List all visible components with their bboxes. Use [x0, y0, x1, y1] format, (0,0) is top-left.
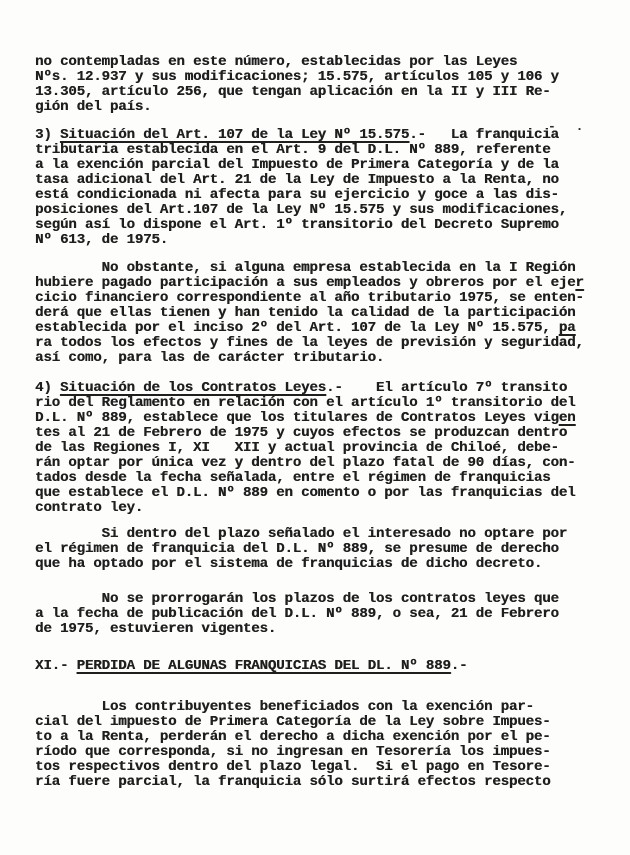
text-line: ría fuere parcial, la franquicia sólo su… — [35, 775, 630, 790]
text-segment: derá que ellas tienen y han tenido la ca… — [35, 305, 575, 321]
text-line: gión del país. — [35, 100, 630, 115]
text-segment: Nº 613, de 1975. — [35, 232, 168, 248]
text-line: cial del impuesto de Primera Categoría d… — [35, 715, 630, 730]
text-segment: Los contribuyentes beneficiados con la e… — [35, 699, 534, 715]
text-line: 3) Situación del Art. 107 de la Ley Nº 1… — [35, 128, 630, 143]
underlined-text-segment: Situación del Art. 107 de la Ley Nº 15.5… — [60, 127, 409, 143]
text-segment: 4) — [35, 380, 60, 396]
text-segment: D.L. Nº 889, establece que los titulares… — [35, 410, 559, 426]
underlined-text-segment: en — [559, 410, 576, 426]
underlined-text-segment: PERDIDA DE ALGUNAS FRANQUICIAS DEL DL. N… — [77, 658, 451, 674]
no-obstante-paragraph: No obstante, si alguna empresa estableci… — [35, 261, 630, 366]
text-line: posiciones del Art.107 de la Ley Nº 15.5… — [35, 203, 630, 218]
text-line: está condicionada ni afecta para su ejer… — [35, 188, 630, 203]
text-segment: establecida por el inciso 2º del Art. 10… — [35, 320, 559, 336]
text-segment: XI.- — [35, 658, 77, 674]
text-line: Si dentro del plazo señalado el interesa… — [35, 527, 630, 542]
text-line: ríodo que corresponda, si no ingresan en… — [35, 745, 630, 760]
text-line: rán optar por única vez y dentro del pla… — [35, 456, 630, 471]
text-segment: tes al 21 de Febrero de 1975 y cuyos efe… — [35, 425, 567, 441]
text-segment: a la fecha de publicación del D.L. Nº 88… — [35, 606, 559, 622]
text-segment: de 1975, estuvieren vigentes. — [35, 621, 276, 637]
plazo-senalado-paragraph: Si dentro del plazo señalado el interesa… — [35, 527, 630, 572]
text-line: a la fecha de publicación del D.L. Nº 88… — [35, 607, 630, 622]
prorroga-paragraph: No se prorrogarán los plazos de los cont… — [35, 592, 630, 637]
text-segment: ría fuere parcial, la franquicia sólo su… — [35, 774, 550, 790]
perdida-franquicias-heading: XI.- PERDIDA DE ALGUNAS FRANQUICIAS DEL … — [35, 659, 630, 674]
text-line: hubiere pagado participación a sus emple… — [35, 276, 630, 291]
text-segment: Si dentro del plazo señalado el interesa… — [35, 526, 567, 542]
text-segment: 3) — [35, 127, 60, 143]
situacion-art-107-paragraph: 3) Situación del Art. 107 de la Ley Nº 1… — [35, 128, 630, 248]
text-line: el régimen de franquicia del D.L. Nº 889… — [35, 542, 630, 557]
text-line: según así lo dispone el Art. 1º transito… — [35, 218, 630, 233]
text-line: Nºs. 12.937 y sus modificaciones; 15.575… — [35, 70, 630, 85]
text-segment: 13.305, artículo 256, que tengan aplicac… — [35, 84, 550, 100]
text-segment: rio del Reglamento en relación con el ar… — [35, 395, 575, 411]
text-line: 4) Situación de los Contratos Leyes.- El… — [35, 381, 630, 396]
text-line: tos respectivos dentro del plazo legal. … — [35, 760, 630, 775]
text-segment: hubiere pagado participación a sus emple… — [35, 275, 575, 291]
text-line: contrato ley. — [35, 501, 630, 516]
text-line: tados desde la fecha señalada, entre el … — [35, 471, 630, 486]
text-segment: que establece el D.L. Nº 889 en comento … — [35, 485, 575, 501]
text-segment: Nºs. 12.937 y sus modificaciones; 15.575… — [35, 69, 559, 85]
text-segment: .- El artículo 7º transito — [326, 380, 567, 396]
text-segment: No se prorrogarán los plazos de los cont… — [35, 591, 559, 607]
text-line: no contempladas en este número, establec… — [35, 55, 630, 70]
text-segment: cicio financiero correspondiente al año … — [35, 290, 584, 306]
text-segment: de las Regiones I, XI XII y actual provi… — [35, 440, 559, 456]
text-segment: gión del país. — [35, 99, 151, 115]
text-segment: no contempladas en este número, establec… — [35, 54, 517, 70]
text-line: rio del Reglamento en relación con el ar… — [35, 396, 630, 411]
text-segment: según así lo dispone el Art. 1º transito… — [35, 217, 559, 233]
text-segment: rán optar por única vez y dentro del pla… — [35, 455, 575, 471]
text-line: Los contribuyentes beneficiados con la e… — [35, 700, 630, 715]
text-line: a la exención parcial del Impuesto de Pr… — [35, 158, 630, 173]
text-segment: tados desde la fecha señalada, entre el … — [35, 470, 550, 486]
scan-artifact: - . — [548, 119, 589, 134]
text-line: así como, para las de carácter tributari… — [35, 351, 630, 366]
text-segment: así como, para las de carácter tributari… — [35, 350, 384, 366]
text-segment: No obstante, si alguna empresa estableci… — [35, 260, 575, 276]
text-line: Nº 613, de 1975. — [35, 233, 630, 248]
underlined-text-segment: pa — [559, 320, 576, 336]
text-line: tasa adicional del Art. 21 de la Ley de … — [35, 173, 630, 188]
document-page: - . no contempladas en este número, esta… — [0, 0, 630, 855]
text-segment: ríodo que corresponda, si no ingresan en… — [35, 744, 550, 760]
text-segment: posiciones del Art.107 de la Ley Nº 15.5… — [35, 202, 567, 218]
text-segment: .- — [451, 658, 468, 674]
underlined-text-segment: r — [575, 275, 583, 291]
text-segment: .- La franquicia — [409, 127, 559, 143]
text-line: cicio financiero correspondiente al año … — [35, 291, 630, 306]
text-line: que ha optado por el sistema de franquic… — [35, 557, 630, 572]
text-line: de las Regiones I, XI XII y actual provi… — [35, 441, 630, 456]
text-segment: el régimen de franquicia del D.L. Nº 889… — [35, 541, 559, 557]
text-segment: tributaria establecida en el Art. 9 del … — [35, 142, 550, 158]
text-segment: tos respectivos dentro del plazo legal. … — [35, 759, 550, 775]
intro-paragraph: no contempladas en este número, establec… — [35, 55, 630, 115]
text-segment: está condicionada ni afecta para su ejer… — [35, 187, 559, 203]
text-line: 13.305, artículo 256, que tengan aplicac… — [35, 85, 630, 100]
text-segment: to a la Renta, perderán el derecho a dic… — [35, 729, 550, 745]
text-line: que establece el D.L. Nº 889 en comento … — [35, 486, 630, 501]
text-line: D.L. Nº 889, establece que los titulares… — [35, 411, 630, 426]
text-line: establecida por el inciso 2º del Art. 10… — [35, 321, 630, 336]
text-segment: a la exención parcial del Impuesto de Pr… — [35, 157, 559, 173]
text-line: XI.- PERDIDA DE ALGUNAS FRANQUICIAS DEL … — [35, 659, 630, 674]
document-text-area: no contempladas en este número, establec… — [35, 55, 630, 790]
text-segment: cial del impuesto de Primera Categoría d… — [35, 714, 550, 730]
text-line: ra todos los efectos y fines de la leyes… — [35, 336, 630, 351]
contratos-leyes-paragraph: 4) Situación de los Contratos Leyes.- El… — [35, 381, 630, 516]
contribuyentes-paragraph: Los contribuyentes beneficiados con la e… — [35, 700, 630, 790]
text-segment: que ha optado por el sistema de franquic… — [35, 556, 542, 572]
underlined-text-segment: Situación de los Contratos Leyes — [60, 380, 326, 396]
text-line: No se prorrogarán los plazos de los cont… — [35, 592, 630, 607]
text-segment: tasa adicional del Art. 21 de la Ley de … — [35, 172, 559, 188]
text-segment: contrato ley. — [35, 500, 143, 516]
text-line: de 1975, estuvieren vigentes. — [35, 622, 630, 637]
text-segment: ra todos los efectos y fines de la leyes… — [35, 335, 584, 351]
text-line: derá que ellas tienen y han tenido la ca… — [35, 306, 630, 321]
text-line: No obstante, si alguna empresa estableci… — [35, 261, 630, 276]
text-line: to a la Renta, perderán el derecho a dic… — [35, 730, 630, 745]
text-line: tributaria establecida en el Art. 9 del … — [35, 143, 630, 158]
text-line: tes al 21 de Febrero de 1975 y cuyos efe… — [35, 426, 630, 441]
